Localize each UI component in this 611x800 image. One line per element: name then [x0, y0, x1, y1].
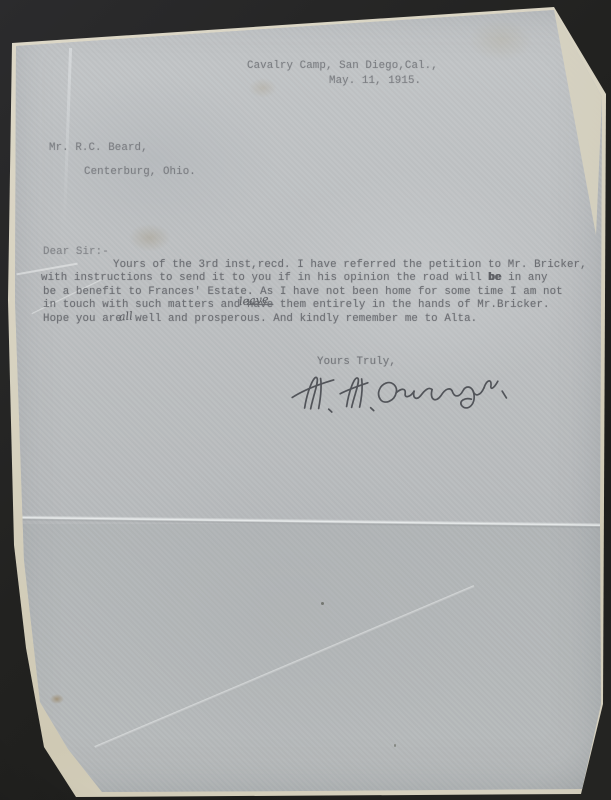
- body-line-2: with instructions to send it to you if i…: [41, 271, 548, 285]
- letter-content: Cavalry Camp, San Diego,Cal., May. 11, 1…: [0, 0, 611, 800]
- body-line-5: Hope you are all well and prosperous. An…: [43, 312, 477, 326]
- body-line-4-text: in touch with such matters and: [43, 299, 247, 311]
- heading-date-line: May. 11, 1915.: [329, 74, 421, 88]
- overtyped-word: be: [488, 272, 501, 284]
- recipient-address-line: Centerburg, Ohio.: [84, 165, 196, 179]
- signature-handwriting: [287, 355, 551, 420]
- signature-strokes: [287, 355, 551, 420]
- body-line-3: be a benefit to Frances' Estate. As I ha…: [43, 285, 563, 299]
- heading-location-line: Cavalry Camp, San Diego,Cal.,: [247, 59, 438, 73]
- body-line-4-text: them entirely in the hands of Mr.Bricker…: [273, 299, 549, 311]
- handwritten-word-leave: leave: [239, 293, 270, 310]
- body-line-1: Yours of the 3rd inst,recd. I have refer…: [113, 258, 587, 272]
- body-line-5-text: Hope you are: [43, 313, 129, 325]
- salutation: Dear Sir:-: [43, 245, 109, 259]
- body-line-2-text: in any: [502, 272, 548, 284]
- photo-backdrop: Cavalry Camp, San Diego,Cal., May. 11, 1…: [0, 0, 611, 800]
- body-line-2-text: with instructions to send it to you if i…: [41, 272, 488, 284]
- body-line-5-text: well and prosperous. And kindly remember…: [129, 313, 478, 325]
- handwritten-word-all: all: [118, 309, 133, 324]
- recipient-name-line: Mr. R.C. Beard,: [49, 141, 148, 155]
